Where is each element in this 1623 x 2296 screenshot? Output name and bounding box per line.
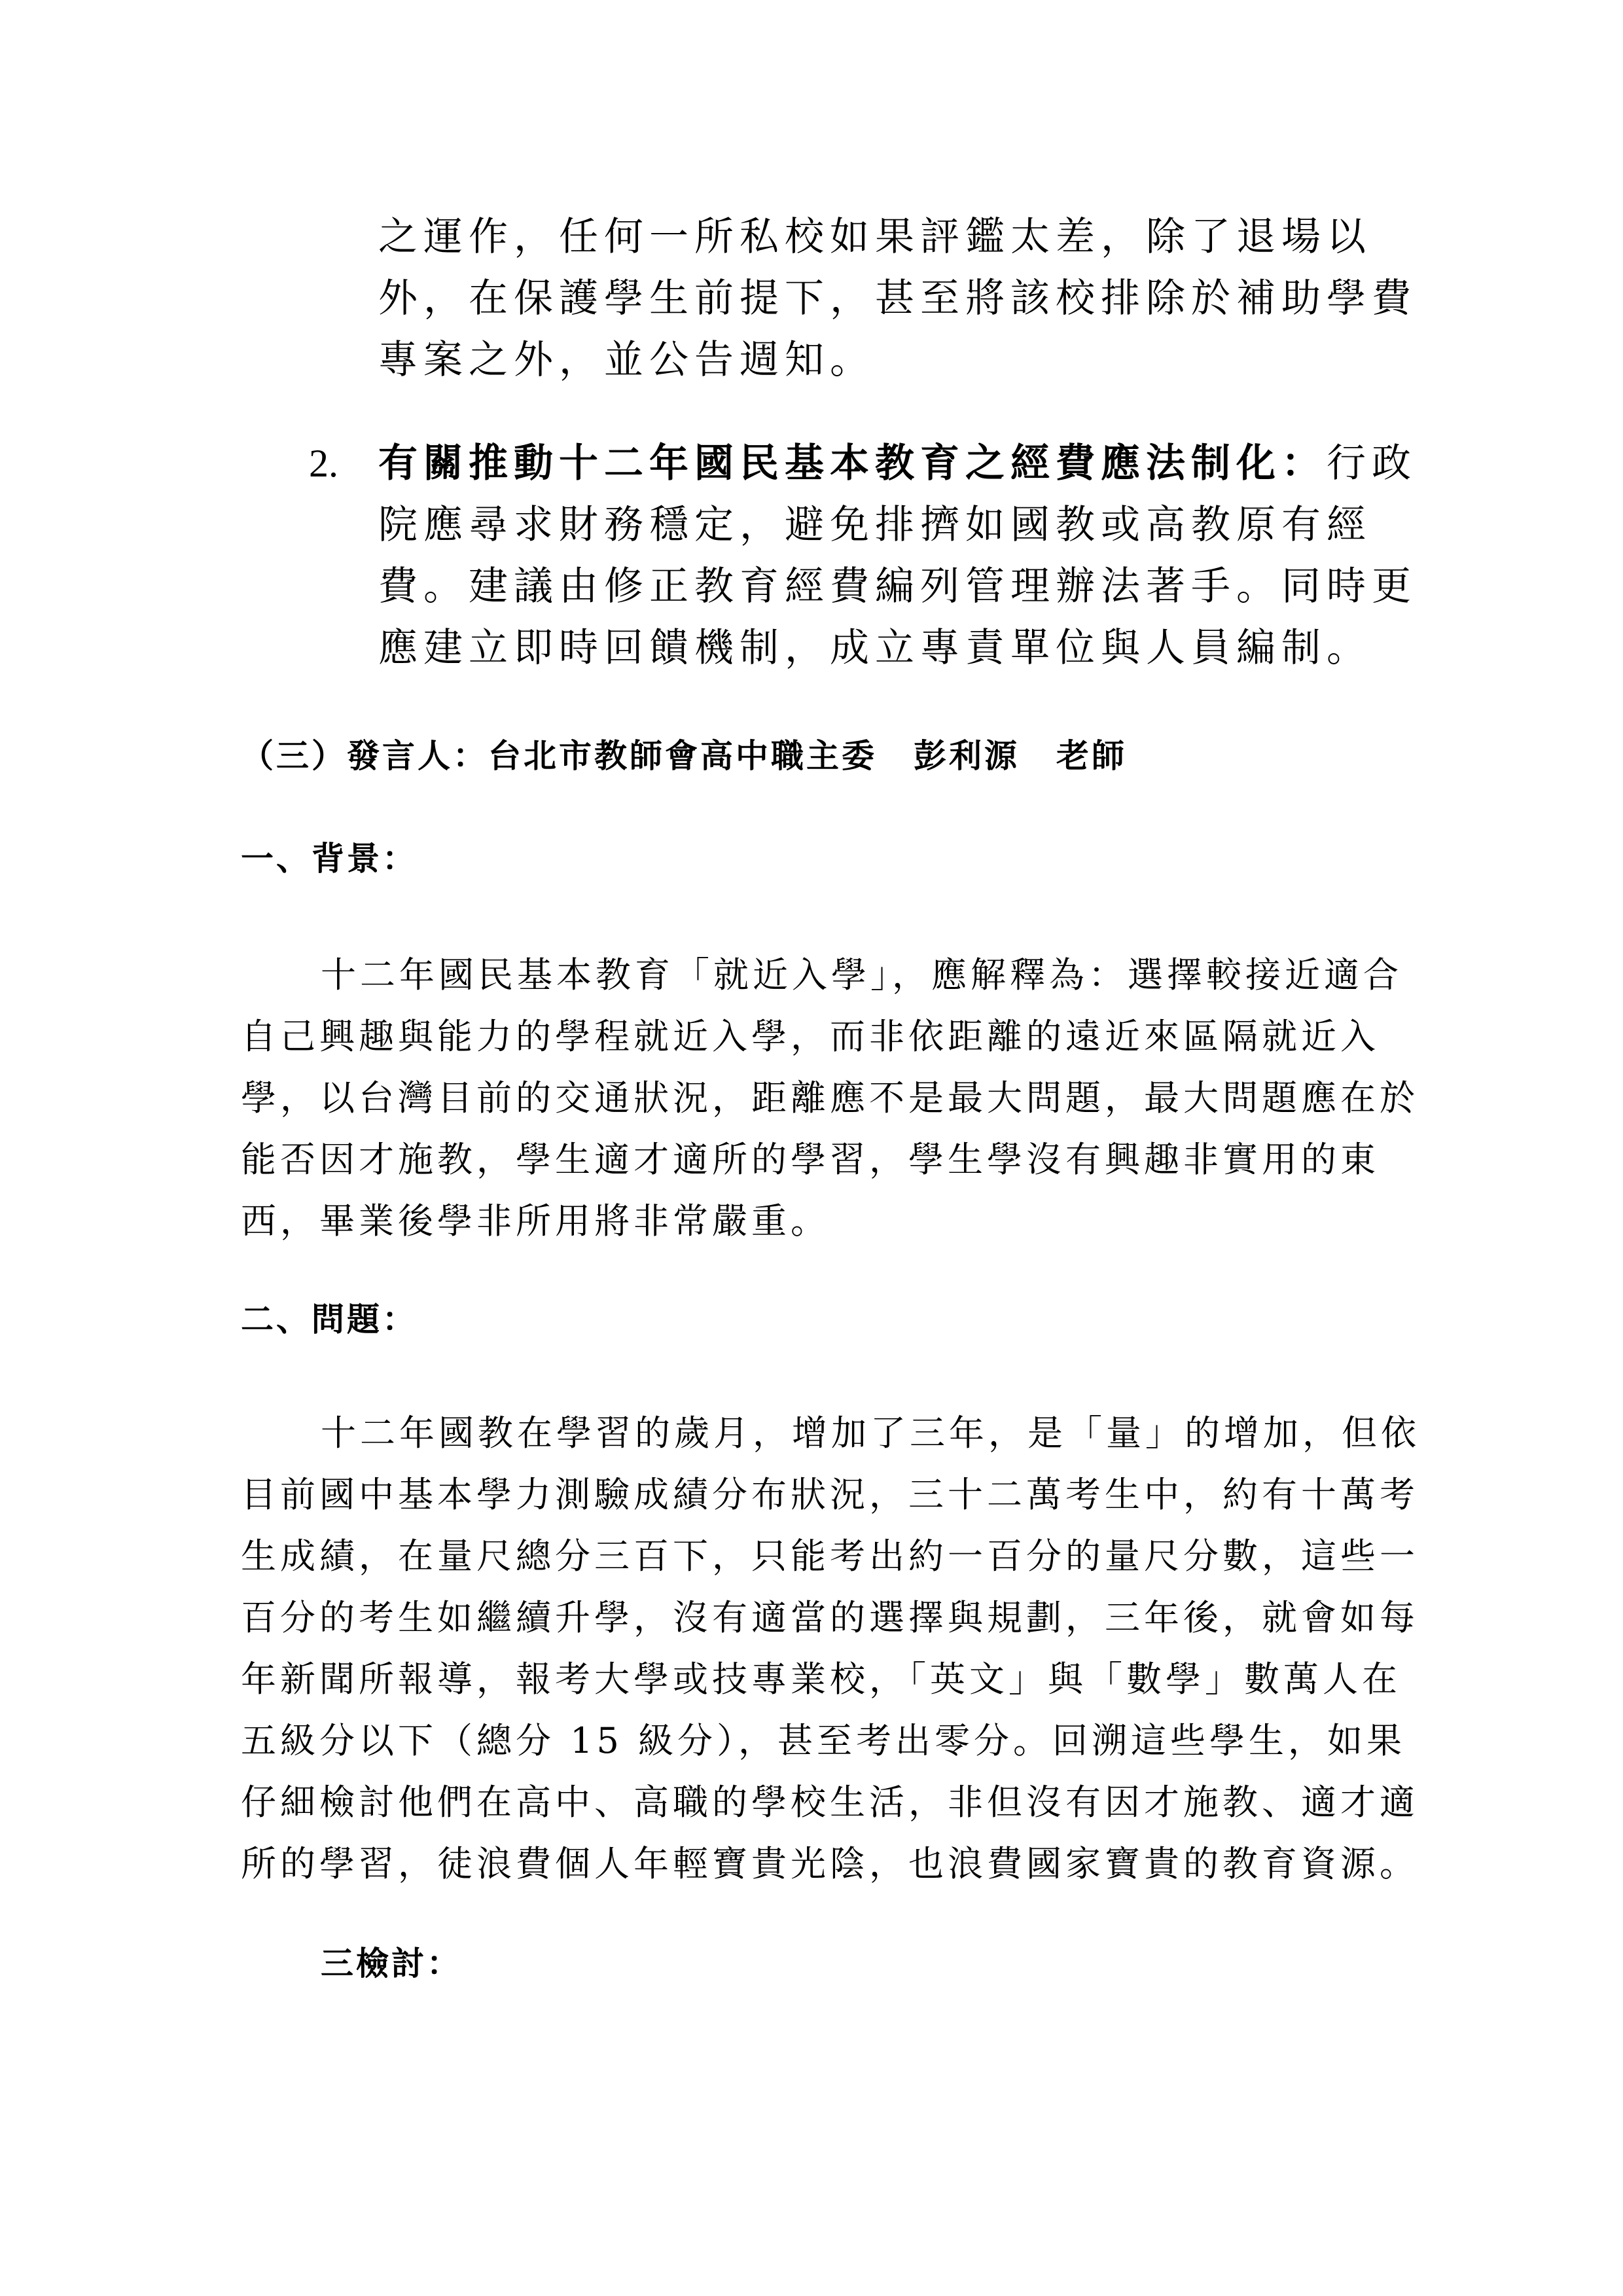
speaker-heading: （三）發言人：台北市教師會高中職主委彭利源老師 [241,730,1127,782]
continued-item-line-3: 專案之外，並公告週知。 [378,334,875,386]
section1-line-4: 能否因才施教，學生適才適所的學習，學生學沒有興趣非實用的東 [241,1134,1380,1186]
section2-line-1: 十二年國教在學習的歲月，增加了三年，是「量」的增加，但依 [321,1407,1420,1460]
continued-item-line-1: 之運作，任何一所私校如果評鑑太差，除了退場以 [378,211,1372,263]
section2-line-3: 生成績，在量尺總分三百下，只能考出約一百分的量尺分數，這些一 [241,1530,1419,1583]
speaker-label: （三）發言人：台北市教師會高中職主委 [241,736,877,775]
list-item-number: 2. [309,437,338,490]
section2-line-5: 年新聞所報導，報考大學或技專業校，「英文」與「數學」數萬人在 [241,1653,1401,1706]
section3-heading: 三檢討： [321,1937,462,1990]
item2-line-3: 費。建議由修正教育經費編列管理辦法著手。同時更 [378,560,1417,613]
item2-first-line: 有關推動十二年國民基本教育之經費應法制化：行政 [378,437,1417,490]
speaker-title: 老師 [1056,736,1127,775]
section1-line-5: 西，畢業後學非所用將非常嚴重。 [241,1195,830,1247]
section2-line-8: 所的學習，徒浪費個人年輕寶貴光陰，也浪費國家寶貴的教育資源。 [241,1838,1419,1890]
section1-line-2: 自己興趣與能力的學程就近入學，而非依距離的遠近來區隔就近入 [241,1011,1380,1063]
section1-line-3: 學，以台灣目前的交通狀況，距離應不是最大問題，最大問題應在於 [241,1072,1419,1124]
section1-line-1: 十二年國民基本教育「就近入學」，應解釋為：選擇較接近適合 [321,949,1402,1001]
item2-line-2: 院應尋求財務穩定，避免排擠如國教或高教原有經 [378,499,1372,551]
document-page: 之運作，任何一所私校如果評鑑太差，除了退場以 外，在保護學生前提下，甚至將該校排… [0,0,1623,2296]
speaker-name: 彭利源 [914,736,1020,775]
section2-line-7: 仔細檢討他們在高中、高職的學校生活，非但沒有因才施教、適才適 [241,1776,1419,1829]
item2-first-line-rest: 行政 [1327,440,1417,486]
section2-line-4: 百分的考生如繼續升學，沒有適當的選擇與規劃，三年後，就會如每 [241,1592,1419,1644]
section1-heading: 一、背景： [241,833,418,885]
section2-heading: 二、問題： [241,1293,418,1346]
item2-bold-title: 有關推動十二年國民基本教育之經費應法制化： [378,440,1327,486]
section2-line-2: 目前國中基本學力測驗成績分布狀況，三十二萬考生中，約有十萬考 [241,1469,1419,1521]
section2-line-6: 五級分以下（總分 15 級分），甚至考出零分。回溯這些學生，如果 [241,1715,1406,1767]
continued-item-line-2: 外，在保護學生前提下，甚至將該校排除於補助學費 [378,272,1417,325]
item2-line-4: 應建立即時回饋機制，成立專責單位與人員編制。 [378,622,1372,674]
